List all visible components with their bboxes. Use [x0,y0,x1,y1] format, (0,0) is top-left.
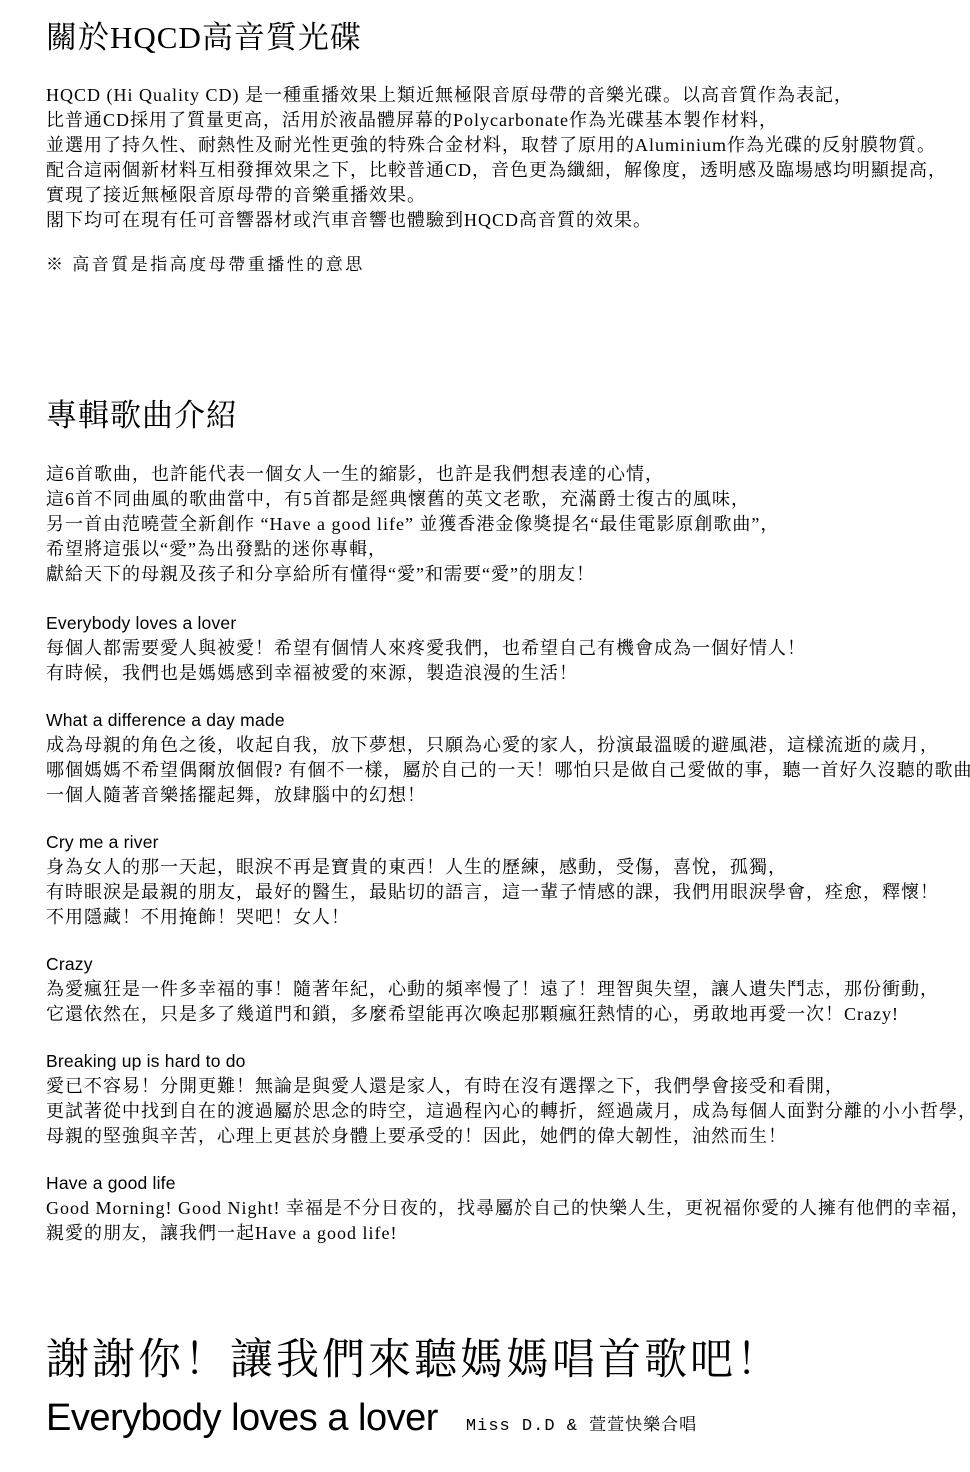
song-block: Cry me a river 身為女人的那一天起，眼淚不再是寶貴的東西！人生的歷… [46,832,960,930]
song-description: Good Morning! Good Night! 幸福是不分日夜的，找尋屬於自… [46,1196,960,1246]
hqcd-paragraph: HQCD (Hi Quality CD) 是一種重播效果上類近無極限音原母帶的音… [46,83,960,233]
song-block: Have a good life Good Morning! Good Nigh… [46,1173,960,1246]
song-description-line: 更試著從中找到自在的渡過屬於思念的時空，這過程內心的轉折，經過歲月，成為每個人面… [46,1099,960,1124]
footer-song-title: Everybody loves a lover [46,1397,438,1439]
footer-song-row: Everybody loves a lover Miss D.D & 萱萱快樂合… [46,1397,960,1439]
paragraph-line: 實現了接近無極限音原母帶的音樂重播效果。 [46,183,960,208]
song-description-line: 有時眼淚是最親的朋友，最好的醫生，最貼切的語言，這一輩子情感的課，我們用眼淚學會… [46,880,960,905]
song-description-line: 哪個媽媽不希望偶爾放個假? 有個不一樣，屬於自己的一天！哪怕只是做自己愛做的事，… [46,758,960,783]
footer: 謝謝你！讓我們來聽媽媽唱首歌吧！ Everybody loves a lover… [46,1336,960,1439]
document-page: 關於HQCD高音質光碟 HQCD (Hi Quality CD) 是一種重播效果… [0,0,970,1439]
song-description-line: 不用隱藏！不用掩飾！哭吧！女人！ [46,905,960,930]
song-description-line: 親愛的朋友，讓我們一起Have a good life! [46,1221,960,1246]
song-description: 每個人都需要愛人與被愛！希望有個情人來疼愛我們，也希望自己有機會成為一個好情人！… [46,636,960,686]
song-title: Cry me a river [46,832,960,852]
song-title: Everybody loves a lover [46,613,960,633]
footer-headline: 謝謝你！讓我們來聽媽媽唱首歌吧！ [46,1336,960,1385]
hqcd-section-title: 關於HQCD高音質光碟 [46,20,960,56]
song-description-line: 母親的堅強與辛苦，心理上更甚於身體上要承受的！因此，她們的偉大韌性，油然而生！ [46,1124,960,1149]
song-block: What a difference a day made 成為母親的角色之後，收… [46,710,960,808]
song-title: Have a good life [46,1173,960,1193]
song-description: 成為母親的角色之後，收起自我，放下夢想，只願為心愛的家人，扮演最溫暖的避風港，這… [46,733,960,808]
song-block: Everybody loves a lover 每個人都需要愛人與被愛！希望有個… [46,613,960,686]
footer-artist: Miss D.D & 萱萱快樂合唱 [466,1410,697,1436]
paragraph-line: 希望將這張以“愛”為出發點的迷你專輯， [46,537,960,562]
paragraph-line: 這6首歌曲，也許能代表一個女人一生的縮影，也許是我們想表達的心情， [46,462,960,487]
paragraph-line: 獻給天下的母親及孩子和分享給所有懂得“愛”和需要“愛”的朋友！ [46,562,960,587]
paragraph-line: HQCD (Hi Quality CD) 是一種重播效果上類近無極限音原母帶的音… [46,83,960,108]
song-list: Everybody loves a lover 每個人都需要愛人與被愛！希望有個… [46,613,960,1246]
song-title: Breaking up is hard to do [46,1051,960,1071]
paragraph-line: 另一首由范曉萱全新創作 “Have a good life” 並獲香港金像獎提名… [46,512,960,537]
song-description-line: 一個人隨著音樂搖擺起舞，放肆腦中的幻想！ [46,783,960,808]
song-block: Breaking up is hard to do 愛已不容易！分開更難！無論是… [46,1051,960,1149]
song-description: 身為女人的那一天起，眼淚不再是寶貴的東西！人生的歷練，感動，受傷，喜悅，孤獨，有… [46,855,960,930]
song-description-line: 它還依然在，只是多了幾道門和鎖，多麼希望能再次喚起那顆瘋狂熱情的心，勇敢地再愛一… [46,1002,960,1027]
song-title: What a difference a day made [46,710,960,730]
paragraph-line: 比普通CD採用了質量更高，活用於液晶體屏幕的Polycarbonate作為光碟基… [46,108,960,133]
paragraph-line: 並選用了持久性、耐熱性及耐光性更強的特殊合金材料，取替了原用的Aluminium… [46,133,960,158]
song-description-line: Good Morning! Good Night! 幸福是不分日夜的，找尋屬於自… [46,1196,960,1221]
album-section-title: 專輯歌曲介紹 [46,398,960,434]
song-description: 愛已不容易！分開更難！無論是與愛人還是家人，有時在沒有選擇之下，我們學會接受和看… [46,1074,960,1149]
song-block: Crazy 為愛瘋狂是一件多幸福的事！隨著年紀，心動的頻率慢了！遠了！理智與失望… [46,954,960,1027]
hqcd-footnote: ※ 高音質是指高度母帶重播性的意思 [46,252,960,277]
song-title: Crazy [46,954,960,974]
song-description-line: 每個人都需要愛人與被愛！希望有個情人來疼愛我們，也希望自己有機會成為一個好情人！ [46,636,960,661]
paragraph-line: 這6首不同曲風的歌曲當中，有5首都是經典懷舊的英文老歌，充滿爵士復古的風味， [46,487,960,512]
song-description: 為愛瘋狂是一件多幸福的事！隨著年紀，心動的頻率慢了！遠了！理智與失望，讓人遺失鬥… [46,977,960,1027]
song-description-line: 愛已不容易！分開更難！無論是與愛人還是家人，有時在沒有選擇之下，我們學會接受和看… [46,1074,960,1099]
song-description-line: 成為母親的角色之後，收起自我，放下夢想，只願為心愛的家人，扮演最溫暖的避風港，這… [46,733,960,758]
paragraph-line: 閣下均可在現有任可音響器材或汽車音響也體驗到HQCD高音質的效果。 [46,208,960,233]
song-description-line: 身為女人的那一天起，眼淚不再是寶貴的東西！人生的歷練，感動，受傷，喜悅，孤獨， [46,855,960,880]
album-intro-paragraph: 這6首歌曲，也許能代表一個女人一生的縮影，也許是我們想表達的心情，這6首不同曲風… [46,462,960,587]
paragraph-line: 配合這兩個新材料互相發揮效果之下，比較普通CD，音色更為纖細，解像度，透明感及臨… [46,158,960,183]
song-description-line: 有時候，我們也是媽媽感到幸福被愛的來源，製造浪漫的生活！ [46,661,960,686]
song-description-line: 為愛瘋狂是一件多幸福的事！隨著年紀，心動的頻率慢了！遠了！理智與失望，讓人遺失鬥… [46,977,960,1002]
